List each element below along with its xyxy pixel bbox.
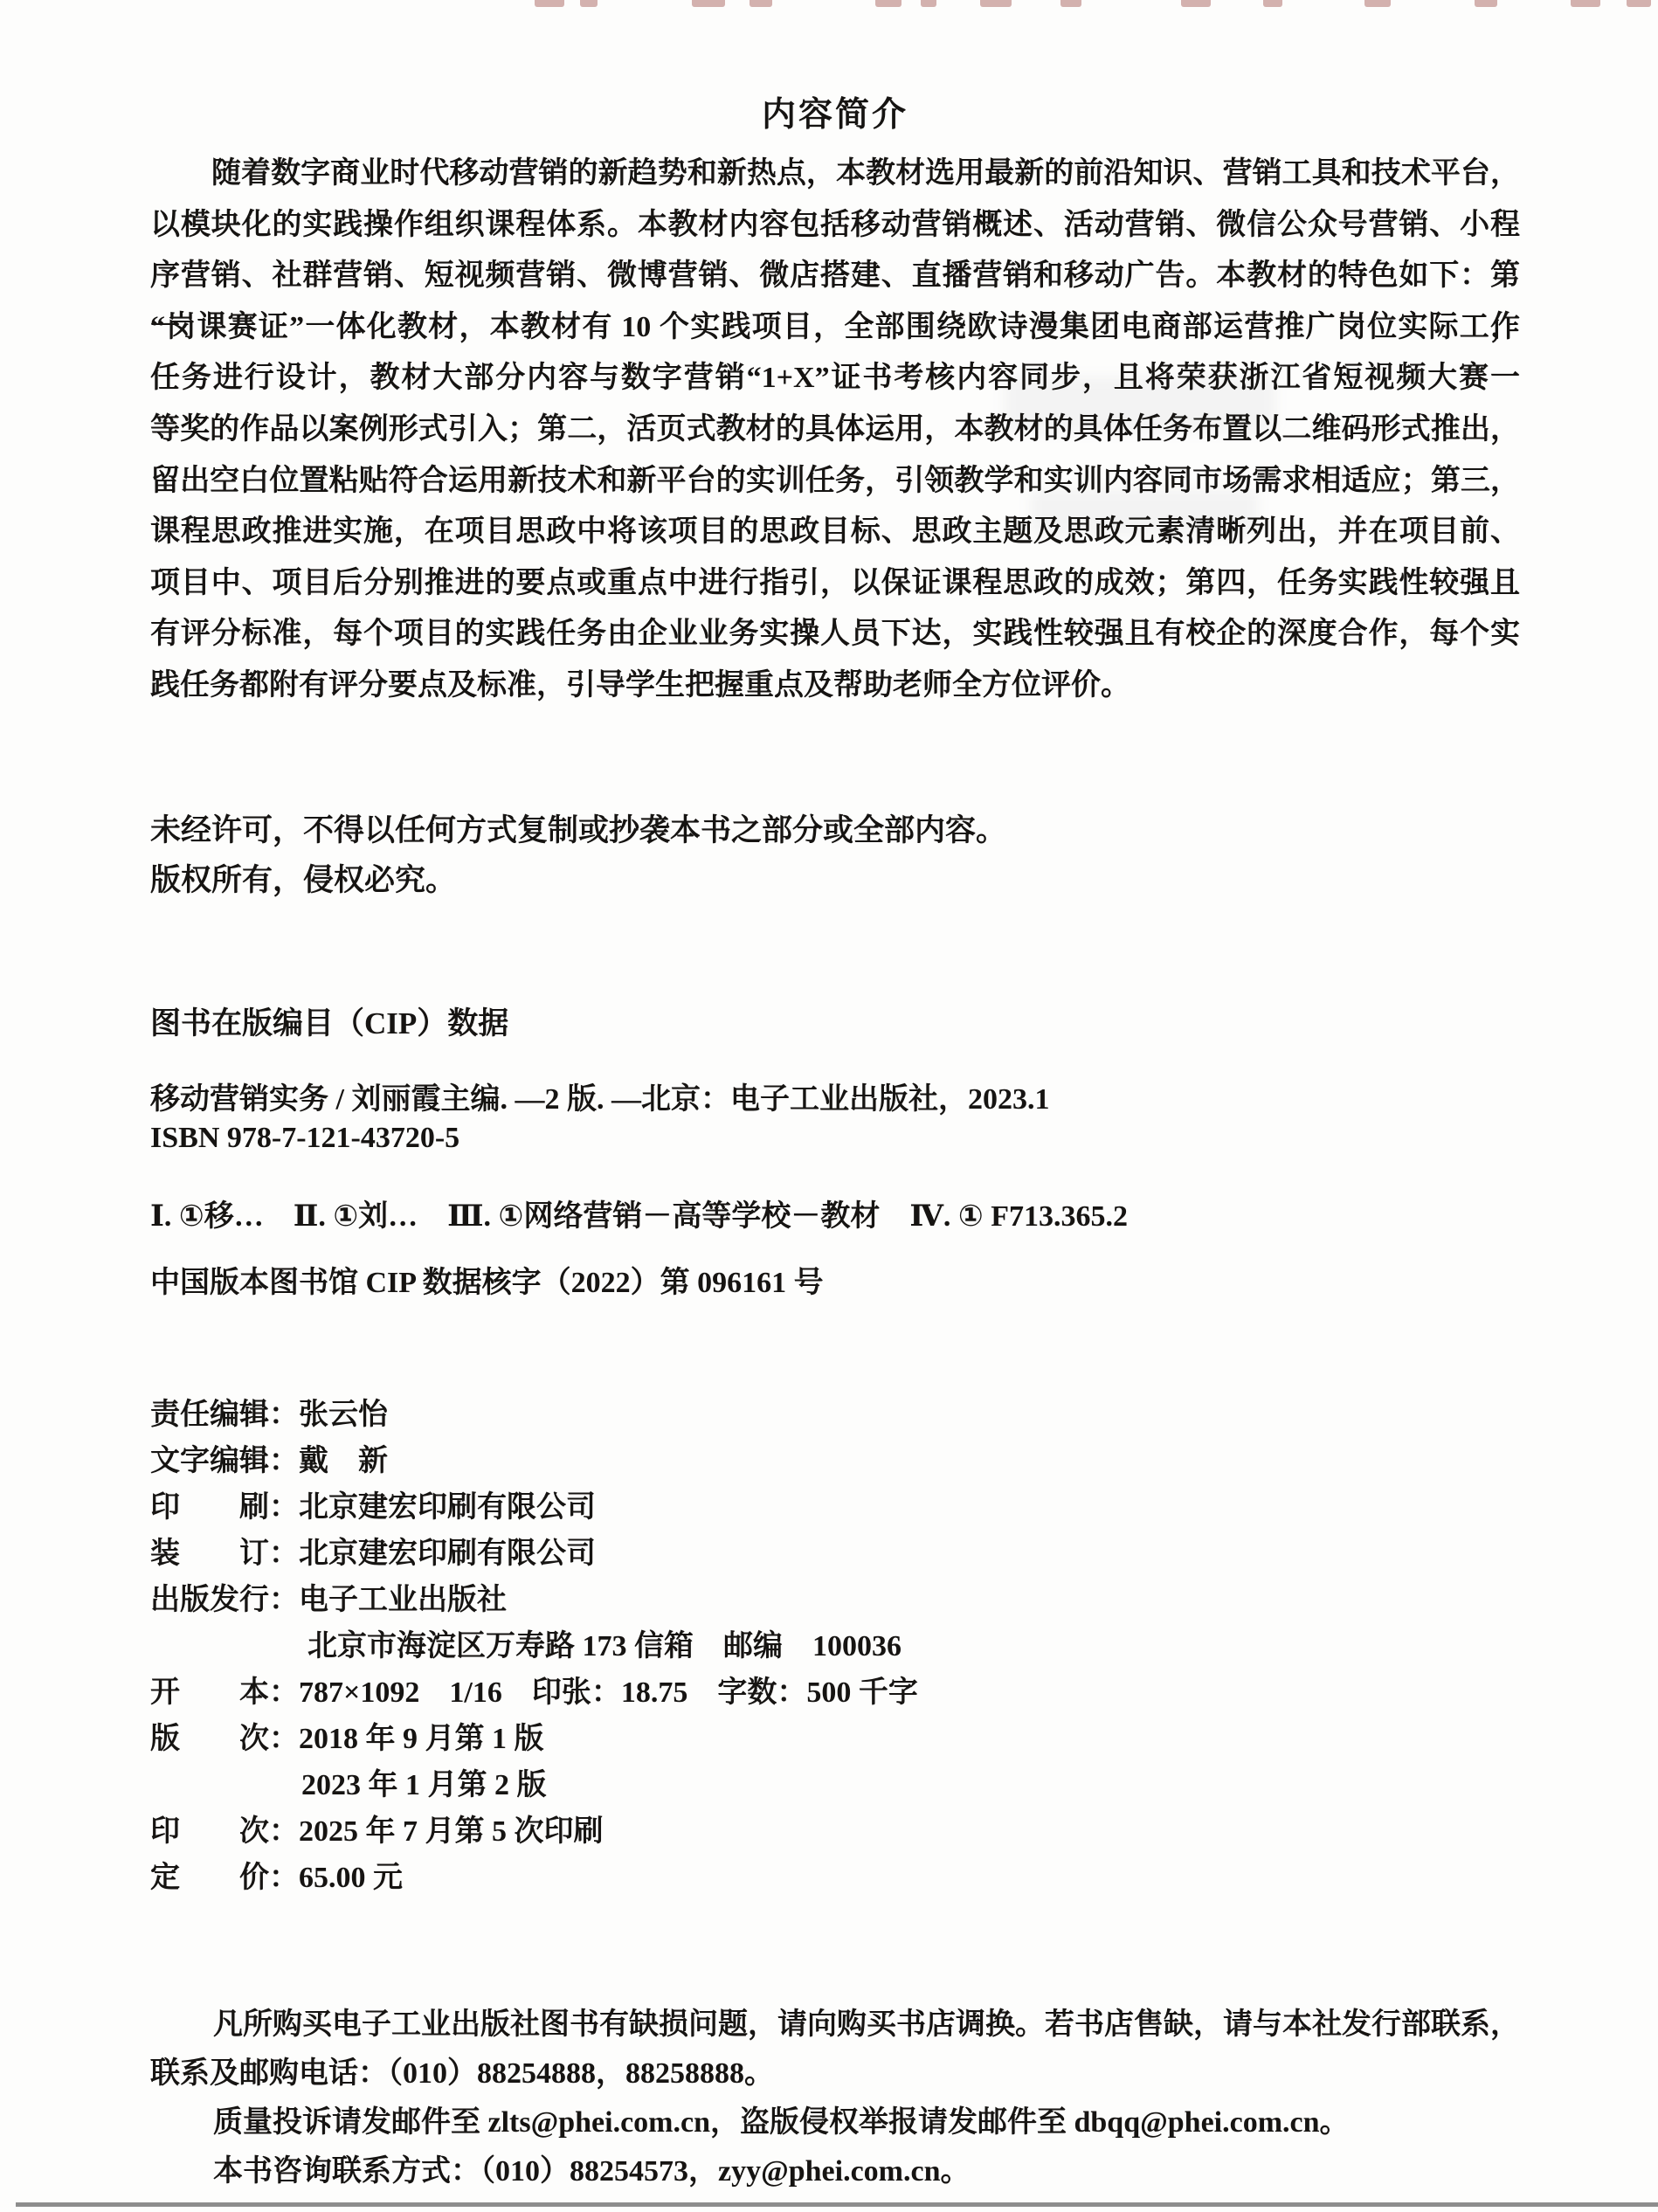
copyright-notice: 未经许可，不得以任何方式复制或抄袭本书之部分或全部内容。 版权所有，侵权必究。 bbox=[150, 805, 1520, 905]
section-title: 内容简介 bbox=[150, 87, 1520, 136]
footer-contact: 凡所购买电子工业出版社图书有缺损问题，请向购买书店调换。若书店售缺，请与本社发行… bbox=[150, 2001, 1592, 2196]
footer-line-4: 本书咨询联系方式：（010）88254573，zyy@phei.com.cn。 bbox=[150, 2147, 1592, 2196]
intro-line-5: 任务进行设计，教材大部分内容与数字营销“1+X”证书考核内容同步，且将荣获浙江省… bbox=[150, 353, 1520, 404]
scan-mark bbox=[921, 0, 936, 7]
scan-mark bbox=[1263, 0, 1282, 7]
colophon-row-format: 开 本：787×1092 1/16 印张：18.75 字数：500 千字 bbox=[150, 1669, 1592, 1716]
cip-heading: 图书在版编目（CIP）数据 bbox=[150, 999, 508, 1043]
intro-paragraph: 随着数字商业时代移动营销的新趋势和新热点，本教材选用最新的前沿知识、营销工具和技… bbox=[150, 149, 1520, 712]
cip-record-number: 中国版本图书馆 CIP 数据核字（2022）第 096161 号 bbox=[150, 1258, 824, 1301]
colophon-row-edition-1: 版 次：2018 年 9 月第 1 版 bbox=[150, 1716, 1592, 1762]
scan-mark bbox=[1364, 0, 1391, 7]
colophon-row-price: 定 价：65.00 元 bbox=[150, 1855, 1592, 1901]
cip-book-line: 移动营销实务 / 刘丽霞主编. —2 版. —北京：电子工业出版社，2023.1 bbox=[150, 1075, 1049, 1117]
scan-mark bbox=[875, 0, 902, 7]
intro-line-11: 践任务都附有评分要点及标准，引导学生把握重点及帮助老师全方位评价。 bbox=[150, 660, 1520, 712]
intro-line-3: 序营销、社群营销、短视频营销、微博营销、微店搭建、直播营销和移动广告。本教材的特… bbox=[150, 251, 1520, 302]
colophon-row-text-editor: 文字编辑：戴 新 bbox=[150, 1438, 1592, 1484]
intro-line-8: 课程思政推进实施，在项目思政中将该项目的思政目标、思政主题及思政元素清晰列出，并… bbox=[150, 507, 1520, 558]
colophon-row-publisher: 出版发行：电子工业出版社 bbox=[150, 1577, 1592, 1623]
scan-artifact-bottom-edge bbox=[16, 2202, 1658, 2207]
copyright-page: 内容简介 随着数字商业时代移动营销的新趋势和新热点，本教材选用最新的前沿知识、营… bbox=[0, 0, 1658, 2212]
intro-line-9: 项目中、项目后分别推进的要点或重点中进行指引，以保证课程思政的成效；第四，任务实… bbox=[150, 558, 1520, 610]
scan-mark bbox=[750, 0, 772, 7]
intro-line-10: 有评分标准，每个项目的实践任务由企业业务实操人员下达，实践性较强且有校企的深度合… bbox=[150, 609, 1520, 660]
intro-line-6: 等奖的作品以案例形式引入；第二，活页式教材的具体运用，本教材的具体任务布置以二维… bbox=[150, 404, 1520, 456]
copyright-line-2: 版权所有，侵权必究。 bbox=[150, 855, 1520, 905]
intro-line-2: 以模块化的实践操作组织课程体系。本教材内容包括移动营销概述、活动营销、微信公众号… bbox=[150, 200, 1520, 252]
scan-mark bbox=[1571, 0, 1600, 7]
colophon-row-address: 北京市海淀区万寿路 173 信箱 邮编 100036 bbox=[150, 1623, 1592, 1669]
scan-mark bbox=[1181, 0, 1211, 7]
scan-mark bbox=[1060, 0, 1081, 7]
colophon-row-edition-2: 2023 年 1 月第 2 版 bbox=[150, 1762, 1592, 1808]
scan-mark bbox=[535, 0, 564, 7]
colophon-row-binder: 装 订：北京建宏印刷有限公司 bbox=[150, 1531, 1592, 1577]
intro-line-4: “岗课赛证”一体化教材，本教材有 10 个实践项目，全部围绕欧诗漫集团电商部运营… bbox=[150, 302, 1520, 354]
colophon-row-printing: 印 次：2025 年 7 月第 5 次印刷 bbox=[150, 1808, 1592, 1855]
colophon-row-editor: 责任编辑：张云怡 bbox=[150, 1392, 1592, 1438]
footer-line-3: 质量投诉请发邮件至 zlts@phei.com.cn，盗版侵权举报请发邮件至 d… bbox=[150, 2098, 1592, 2147]
scan-artifact-top-edge bbox=[0, 0, 1658, 12]
scan-mark bbox=[980, 0, 1012, 7]
scan-mark bbox=[580, 0, 598, 7]
intro-line-1: 随着数字商业时代移动营销的新趋势和新热点，本教材选用最新的前沿知识、营销工具和技… bbox=[150, 149, 1520, 200]
cip-classification: Ⅰ. ①移… Ⅱ. ①刘… Ⅲ. ①网络营销－高等学校－教材 Ⅳ. ① F713… bbox=[150, 1192, 1128, 1234]
scan-mark bbox=[692, 0, 725, 7]
copyright-line-1: 未经许可，不得以任何方式复制或抄袭本书之部分或全部内容。 bbox=[150, 805, 1520, 855]
footer-line-2: 联系及邮购电话：（010）88254888，88258888。 bbox=[150, 2050, 1592, 2098]
colophon: 责任编辑：张云怡 文字编辑：戴 新 印 刷：北京建宏印刷有限公司 装 订：北京建… bbox=[150, 1392, 1592, 1901]
scan-mark bbox=[1475, 0, 1497, 7]
colophon-row-printer: 印 刷：北京建宏印刷有限公司 bbox=[150, 1484, 1592, 1531]
intro-line-7: 留出空白位置粘贴符合运用新技术和新平台的实训任务，引领教学和实训内容同市场需求相… bbox=[150, 456, 1520, 508]
footer-line-1: 凡所购买电子工业出版社图书有缺损问题，请向购买书店调换。若书店售缺，请与本社发行… bbox=[150, 2001, 1592, 2050]
scan-mark bbox=[1627, 0, 1651, 7]
cip-isbn: ISBN 978-7-121-43720-5 bbox=[150, 1122, 459, 1155]
